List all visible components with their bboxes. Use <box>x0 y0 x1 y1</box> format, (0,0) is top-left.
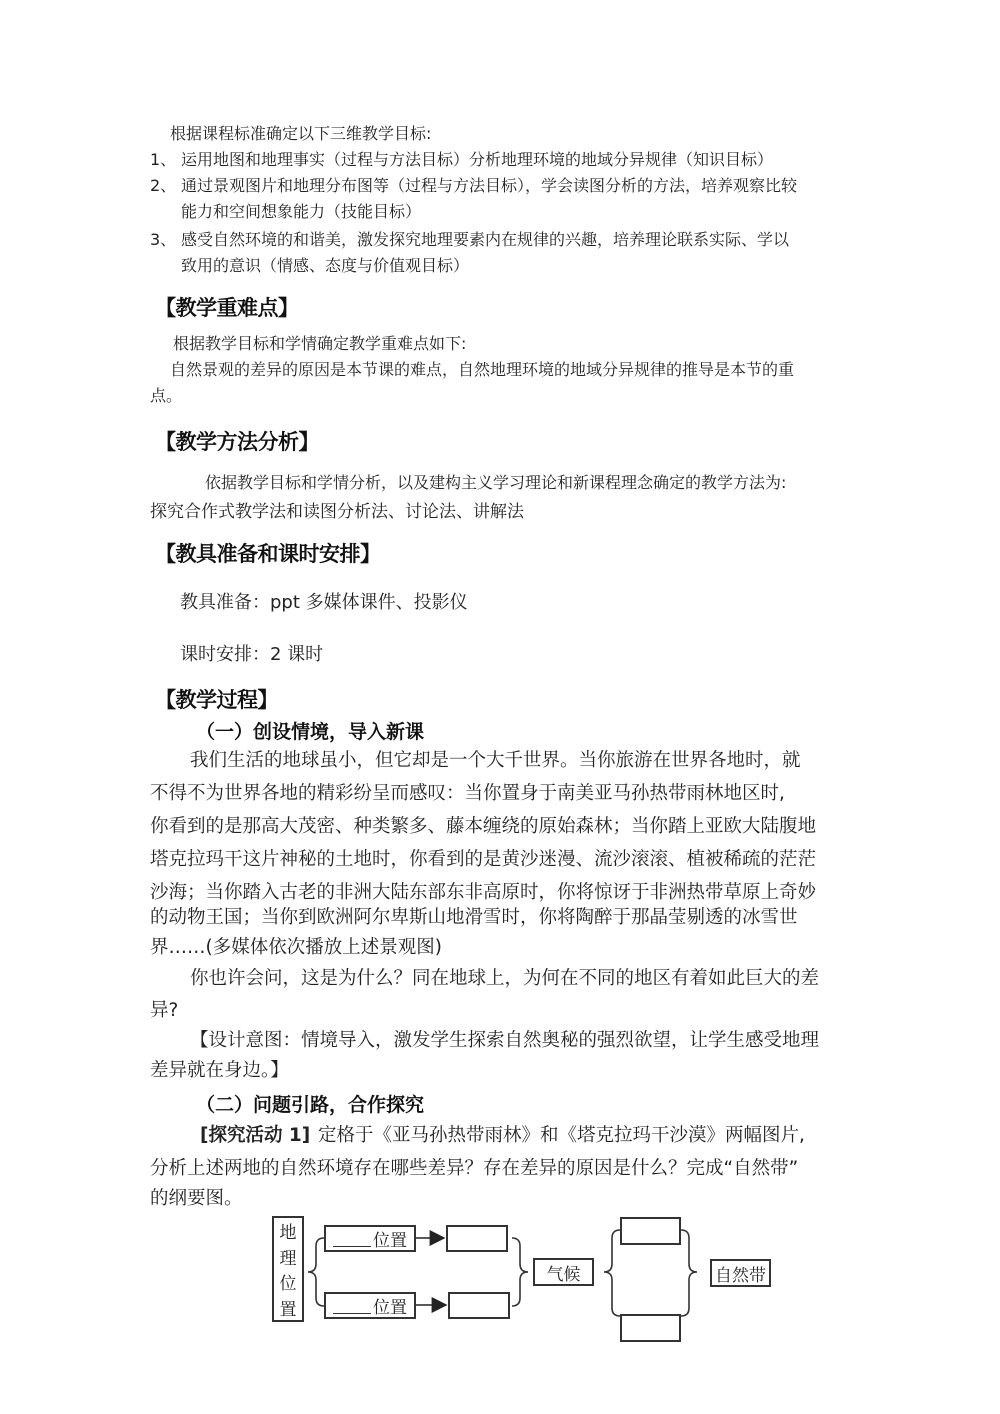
position-box-top: 位置 <box>324 1225 416 1252</box>
empty-box-bottom[interactable] <box>448 1292 510 1319</box>
natural-zone-box: 自然带 <box>710 1259 771 1287</box>
empty-box-upper-right[interactable] <box>620 1217 681 1245</box>
geo-position-char: 地 <box>280 1218 297 1243</box>
natural-zone-label: 自然带 <box>712 1261 769 1285</box>
geo-position-char: 理 <box>280 1244 297 1269</box>
geo-position-char: 位 <box>280 1269 297 1294</box>
geo-position-box: 地 理 位 置 <box>272 1216 304 1322</box>
climate-label: 气候 <box>535 1260 592 1284</box>
fill-blank[interactable] <box>333 1230 371 1247</box>
empty-box-lower-right[interactable] <box>620 1314 681 1342</box>
diagram-connectors <box>0 0 1000 1414</box>
fill-blank[interactable] <box>333 1297 371 1314</box>
position-box-bottom: 位置 <box>324 1292 416 1319</box>
climate-box: 气候 <box>533 1258 594 1286</box>
position-label: 位置 <box>373 1226 407 1251</box>
position-label: 位置 <box>373 1293 407 1318</box>
empty-box-top[interactable] <box>446 1225 508 1252</box>
geo-position-char: 置 <box>280 1295 297 1320</box>
